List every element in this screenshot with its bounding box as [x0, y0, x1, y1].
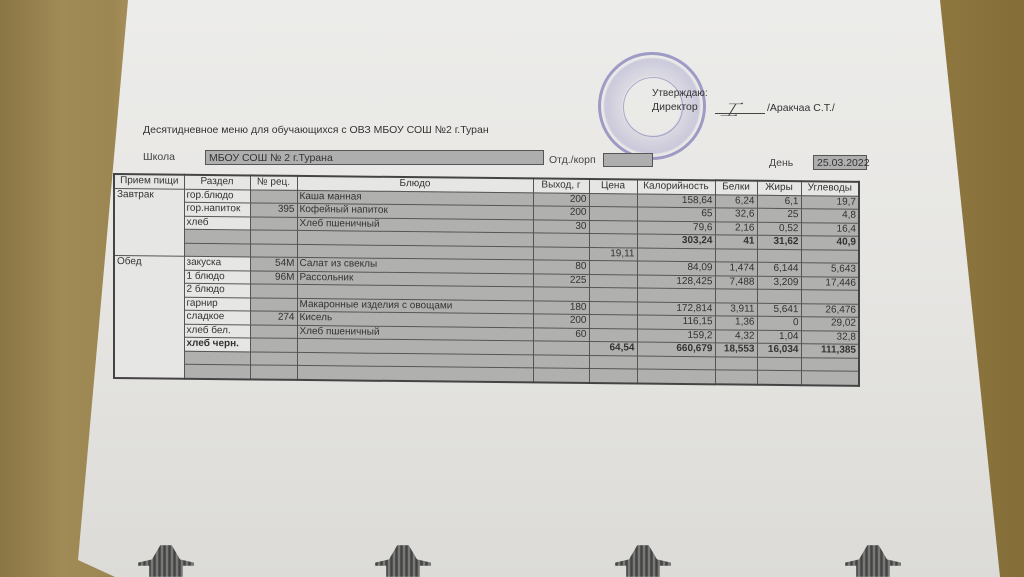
yield-cell: 200 — [533, 192, 589, 206]
section-cell — [184, 351, 250, 365]
menu-document: Утверждаю: Директор ⼯ /Аракчаа С.Т./ Дес… — [0, 0, 1024, 577]
recipe-cell — [250, 338, 297, 352]
redacted-mark — [615, 545, 671, 577]
yield-cell: 225 — [533, 273, 589, 287]
director-label: Директор — [652, 101, 698, 113]
school-field[interactable]: МБОУ СОШ № 2 г.Турана — [205, 150, 544, 165]
proteins-cell — [715, 356, 757, 370]
calories-cell: 65 — [637, 207, 715, 221]
recipe-cell — [250, 189, 297, 203]
redacted-mark — [375, 545, 431, 577]
price-cell — [589, 355, 637, 369]
yield-cell — [533, 341, 589, 355]
column-header: Калорийность — [637, 179, 715, 194]
calories-cell: 79,6 — [637, 220, 715, 234]
fats-cell: 0 — [757, 316, 801, 330]
carbs-cell: 5,643 — [801, 263, 859, 277]
section-cell: гор.напиток — [184, 202, 250, 216]
calories-cell — [637, 247, 715, 261]
price-cell — [589, 287, 637, 301]
proteins-cell: 32,6 — [715, 208, 757, 222]
fats-cell: 3,209 — [757, 276, 801, 290]
price-cell — [589, 328, 637, 342]
dept-label: Отд./корп — [549, 154, 596, 166]
carbs-cell: 16,4 — [801, 222, 859, 236]
calories-cell — [637, 355, 715, 369]
price-cell — [589, 301, 637, 315]
section-cell: хлеб бел. — [184, 324, 250, 338]
fats-cell: 1,04 — [757, 330, 801, 344]
recipe-cell — [250, 324, 297, 338]
fats-cell: 25 — [757, 208, 801, 222]
recipe-cell: 274 — [250, 311, 297, 325]
section-cell: 1 блюдо — [184, 270, 250, 284]
dept-field[interactable] — [603, 153, 653, 167]
recipe-cell — [250, 216, 297, 230]
price-cell: 64,54 — [589, 341, 637, 355]
recipe-cell — [250, 243, 297, 257]
redacted-mark — [845, 545, 901, 577]
carbs-cell: 19,7 — [801, 195, 859, 209]
menu-table: Прием пищиРаздел№ рец.БлюдоВыход, гЦенаК… — [113, 173, 860, 386]
meal-cell: Завтрак — [114, 188, 184, 256]
recipe-cell — [250, 230, 297, 244]
fats-cell — [757, 370, 801, 384]
yield-cell — [533, 368, 589, 383]
proteins-cell — [715, 370, 757, 384]
proteins-cell: 2,16 — [715, 221, 757, 235]
section-cell — [184, 243, 250, 257]
recipe-cell — [250, 297, 297, 311]
recipe-cell: 54М — [250, 257, 297, 271]
section-cell — [184, 364, 250, 379]
column-header: № рец. — [250, 175, 297, 189]
proteins-cell: 1,36 — [715, 316, 757, 330]
fats-cell: 5,641 — [757, 303, 801, 317]
document-title: Десятидневное меню для обучающихся с ОВЗ… — [143, 124, 489, 136]
carbs-cell: 32,8 — [801, 330, 859, 344]
yield-cell: 200 — [533, 206, 589, 220]
yield-cell — [533, 233, 589, 247]
recipe-cell: 96М — [250, 270, 297, 284]
column-header: Выход, г — [533, 178, 589, 193]
proteins-cell: 41 — [715, 235, 757, 249]
section-cell: хлеб — [184, 216, 250, 230]
carbs-cell — [801, 249, 859, 263]
fats-cell — [757, 357, 801, 371]
fats-cell: 31,62 — [757, 235, 801, 249]
yield-cell: 180 — [533, 300, 589, 314]
price-cell — [589, 233, 637, 247]
calories-cell: 128,425 — [637, 274, 715, 288]
yield-cell: 200 — [533, 314, 589, 328]
column-header: Раздел — [184, 175, 250, 190]
price-cell — [589, 368, 637, 383]
proteins-cell: 6,24 — [715, 194, 757, 208]
calories-cell: 303,24 — [637, 234, 715, 248]
section-cell: хлеб черн. — [184, 337, 250, 351]
column-header: Углеводы — [801, 181, 859, 196]
section-cell: гор.блюдо — [184, 189, 250, 203]
director-name: /Аракчаа С.Т./ — [767, 102, 835, 114]
proteins-cell: 4,32 — [715, 329, 757, 343]
carbs-cell: 29,02 — [801, 317, 859, 331]
recipe-cell — [250, 284, 297, 298]
carbs-cell: 4,8 — [801, 209, 859, 223]
yield-cell — [533, 354, 589, 368]
calories-cell: 158,64 — [637, 193, 715, 207]
redacted-mark — [138, 545, 194, 577]
column-header: Прием пищи — [114, 174, 184, 189]
calories-cell: 84,09 — [637, 261, 715, 275]
day-field[interactable]: 25.03.2022 — [813, 155, 867, 170]
calories-cell — [637, 369, 715, 384]
proteins-cell: 7,488 — [715, 275, 757, 289]
carbs-cell — [801, 357, 859, 371]
proteins-cell: 1,474 — [715, 262, 757, 276]
column-header: Жиры — [757, 181, 801, 195]
column-header: Белки — [715, 180, 757, 194]
signature-icon: ⼯ — [717, 96, 744, 122]
price-cell — [589, 274, 637, 288]
calories-cell: 172,814 — [637, 301, 715, 315]
calories-cell: 159,2 — [637, 328, 715, 342]
price-cell — [589, 193, 637, 207]
section-cell: сладкое — [184, 310, 250, 324]
day-label: День — [769, 157, 793, 169]
recipe-cell: 395 — [250, 203, 297, 217]
calories-cell: 116,15 — [637, 315, 715, 329]
fats-cell: 16,034 — [757, 343, 801, 357]
carbs-cell: 26,476 — [801, 303, 859, 317]
carbs-cell — [801, 371, 859, 386]
meal-cell: Обед — [114, 256, 184, 379]
column-header: Цена — [589, 179, 637, 194]
price-cell — [589, 220, 637, 234]
section-cell — [184, 229, 250, 243]
section-cell: закуска — [184, 256, 250, 270]
carbs-cell — [801, 290, 859, 304]
dish-cell — [297, 365, 533, 381]
fats-cell: 6,144 — [757, 262, 801, 276]
price-cell — [589, 206, 637, 220]
carbs-cell: 40,9 — [801, 236, 859, 250]
recipe-cell — [250, 365, 297, 379]
price-cell: 19,11 — [589, 247, 637, 261]
yield-cell — [533, 246, 589, 260]
fats-cell: 0,52 — [757, 222, 801, 236]
fats-cell — [757, 249, 801, 263]
price-cell — [589, 260, 637, 274]
yield-cell — [533, 287, 589, 301]
carbs-cell: 111,385 — [801, 344, 859, 358]
yield-cell: 30 — [533, 219, 589, 233]
section-cell: 2 блюдо — [184, 283, 250, 297]
section-cell: гарнир — [184, 297, 250, 311]
fats-cell — [757, 289, 801, 303]
price-cell — [589, 314, 637, 328]
proteins-cell: 18,553 — [715, 343, 757, 357]
school-label: Школа — [143, 151, 175, 163]
calories-cell: 660,679 — [637, 342, 715, 356]
yield-cell: 80 — [533, 260, 589, 274]
carbs-cell: 17,446 — [801, 276, 859, 290]
proteins-cell: 3,911 — [715, 302, 757, 316]
yield-cell: 60 — [533, 327, 589, 341]
proteins-cell — [715, 289, 757, 303]
proteins-cell — [715, 248, 757, 262]
calories-cell — [637, 288, 715, 302]
recipe-cell — [250, 351, 297, 365]
fats-cell: 6,1 — [757, 195, 801, 209]
approval-label: Утверждаю: — [652, 88, 708, 99]
